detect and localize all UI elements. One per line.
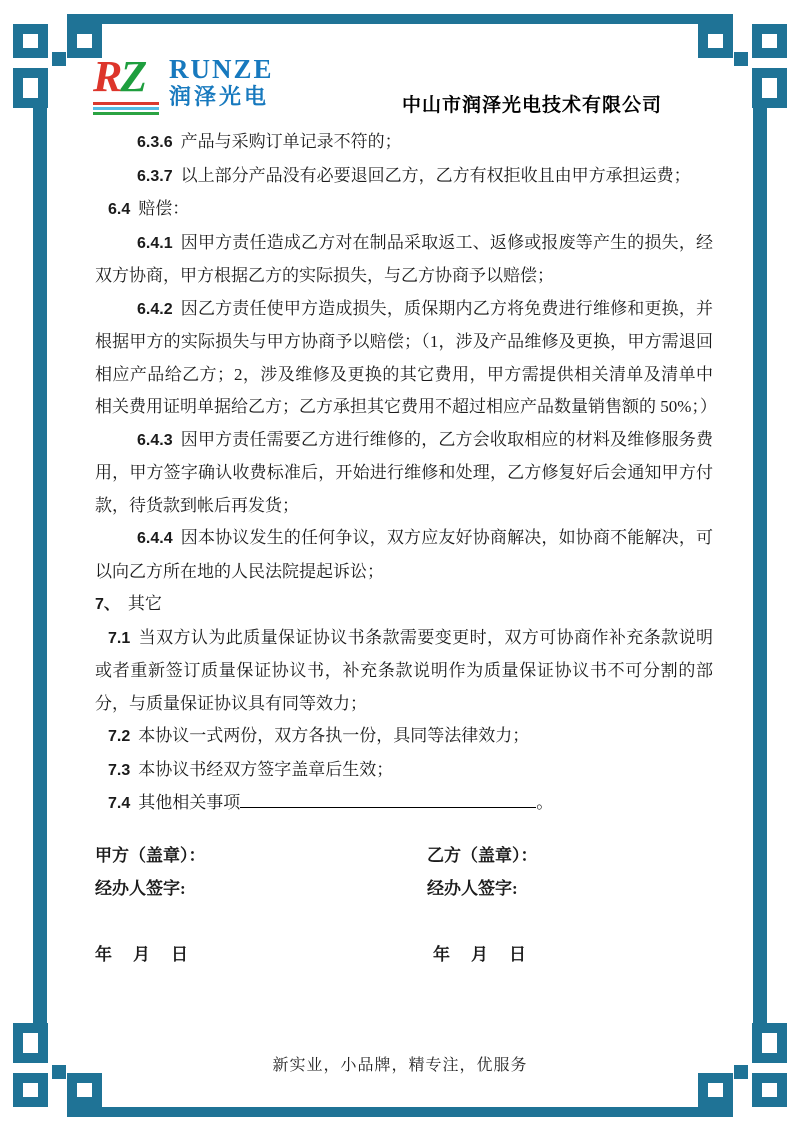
clause-text: 其他相关事项 xyxy=(138,793,240,812)
frame-top-line xyxy=(124,14,676,24)
clause-6-4-2: 6.4.2因乙方责任使甲方造成损失，质保期内乙方将免费进行维修和更换，并根据甲方… xyxy=(95,293,713,424)
clause-text: 以上部分产品没有必要退回乙方，乙方有权拒收且由甲方承担运费； xyxy=(181,166,691,185)
clause-number: 6.3.6 xyxy=(137,134,173,151)
clause-6-3-6: 6.3.6产品与采购订单记录不符的； xyxy=(95,126,713,160)
clause-text: 赔偿： xyxy=(138,199,189,218)
company-header-title: 中山市润泽光电技术有限公司 xyxy=(402,90,662,117)
clause-number: 6.4.4 xyxy=(137,530,173,547)
frame-left-line xyxy=(33,124,47,1007)
clause-6-4: 6.4赔偿： xyxy=(95,193,713,227)
clause-number: 7.3 xyxy=(108,762,130,779)
clause-suffix: 。 xyxy=(536,793,553,812)
logo-letter-r: R xyxy=(93,55,122,99)
party-a-signature-column: 甲方（盖章）： 经办人签字: 年 月 日 xyxy=(95,843,420,968)
logo-name-english: RUNZE xyxy=(169,55,274,84)
clause-number: 7、 xyxy=(95,596,120,613)
clause-7-3: 7.3本协议书经双方签字盖章后生效； xyxy=(95,754,713,788)
clause-7-section: 7、其它 xyxy=(95,588,713,622)
clause-text: 因乙方责任使甲方造成损失，质保期内乙方将免费进行维修和更换，并根据甲方的实际损失… xyxy=(95,299,717,417)
clause-6-4-1: 6.4.1因甲方责任造成乙方对在制品采取返工、返修或报废等产生的损失，经双方协商… xyxy=(95,227,713,293)
clause-number: 7.4 xyxy=(108,795,130,812)
logo-name-chinese: 润泽光电 xyxy=(169,84,274,110)
clause-6-4-4: 6.4.4因本协议发生的任何争议，双方应友好协商解决，如协商不能解决，可以向乙方… xyxy=(95,522,713,588)
clause-text: 因本协议发生的任何争议，双方应友好协商解决，如协商不能解决，可以向乙方所在地的人… xyxy=(95,528,713,581)
clause-7-4: 7.4其他相关事项。 xyxy=(95,787,713,821)
clause-text: 因甲方责任需要乙方进行维修的，乙方会收取相应的材料及维修服务费用，甲方签字确认收… xyxy=(95,430,713,515)
logo-stripes-icon xyxy=(93,102,159,115)
party-a-signer-label: 经办人签字: xyxy=(95,876,420,902)
clause-6-3-7: 6.3.7以上部分产品没有必要退回乙方，乙方有权拒收且由甲方承担运费； xyxy=(95,160,713,194)
footer-slogan: 新实业，小品牌，精专注，优服务 xyxy=(0,1052,800,1075)
party-a-seal-label: 甲方（盖章）： xyxy=(95,843,420,869)
clause-text: 当双方认为此质量保证协议书条款需要变更时，双方可协商作补充条款说明或者重新签订质… xyxy=(95,628,713,713)
frame-bottom-line xyxy=(124,1107,676,1117)
clause-6-4-3: 6.4.3因甲方责任需要乙方进行维修的，乙方会收取相应的材料及维修服务费用，甲方… xyxy=(95,424,713,523)
clause-number: 6.4.2 xyxy=(137,301,173,318)
clause-number: 6.4.1 xyxy=(137,235,173,252)
document-page: R Z RUNZE 润泽光电 中山市润泽光电技术有限公司 6.3.6产品与采购订… xyxy=(0,0,800,1131)
clause-text: 本协议一式两份，双方各执一份，具同等法律效力； xyxy=(138,726,529,745)
clause-number: 7.2 xyxy=(108,728,130,745)
logo-letter-z: Z xyxy=(120,55,147,99)
clause-number: 7.1 xyxy=(108,630,130,647)
clause-number: 6.4.3 xyxy=(137,432,173,449)
party-b-signer-label: 经办人签字: xyxy=(427,876,713,902)
clause-7-2: 7.2本协议一式两份，双方各执一份，具同等法律效力； xyxy=(95,720,713,754)
blank-underline-field xyxy=(240,792,536,808)
party-b-seal-label: 乙方（盖章）： xyxy=(427,843,713,869)
clause-text: 因甲方责任造成乙方对在制品采取返工、返修或报废等产生的损失，经双方协商，甲方根据… xyxy=(95,233,713,286)
clause-text: 其它 xyxy=(128,594,162,613)
clause-number: 6.4 xyxy=(108,201,130,218)
party-b-date-label: 年 月 日 xyxy=(433,942,713,968)
clause-7-1: 7.1当双方认为此质量保证协议书条款需要变更时，双方可协商作补充条款说明或者重新… xyxy=(95,622,713,721)
logo-monogram-icon: R Z xyxy=(93,55,159,115)
party-a-date-label: 年 月 日 xyxy=(95,942,420,968)
company-logo: R Z RUNZE 润泽光电 xyxy=(93,55,274,115)
agreement-body: 6.3.6产品与采购订单记录不符的； 6.3.7以上部分产品没有必要退回乙方，乙… xyxy=(95,126,713,821)
clause-text: 本协议书经双方签字盖章后生效； xyxy=(138,760,393,779)
frame-right-line xyxy=(753,124,767,1007)
clause-text: 产品与采购订单记录不符的； xyxy=(181,132,402,151)
party-b-signature-column: 乙方（盖章）： 经办人签字: 年 月 日 xyxy=(420,843,713,968)
clause-number: 6.3.7 xyxy=(137,168,173,185)
corner-ornament-top-right-icon xyxy=(674,0,800,126)
signature-block: 甲方（盖章）： 经办人签字: 年 月 日 乙方（盖章）： 经办人签字: 年 月 … xyxy=(95,843,713,968)
